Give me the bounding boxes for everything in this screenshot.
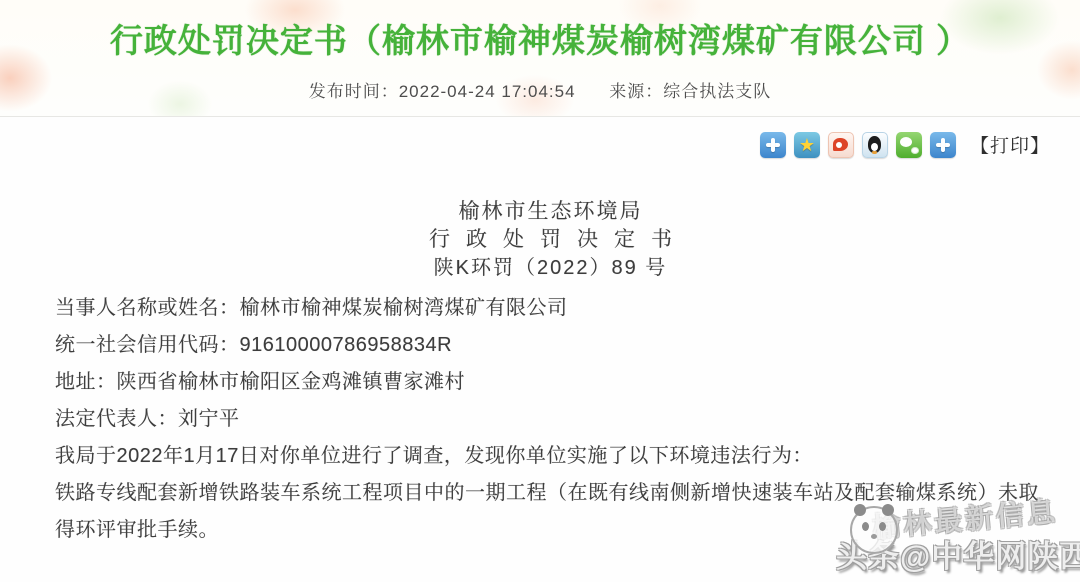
document-title: 行政处罚决定书 — [55, 226, 1046, 254]
document-number: 陕K环罚（2022）89 号 — [55, 254, 1046, 282]
publish-time: 发布时间：2022-04-24 17:04:54 — [309, 82, 576, 101]
violation-line: 铁路专线配套新增铁路装车系统工程项目中的一期工程（在既有线南侧新增快速装车站及配… — [55, 475, 1046, 549]
investigation-line: 我局于2022年1月17日对你单位进行了调查，发现你单位实施了以下环境违法行为： — [55, 438, 1046, 475]
plus-glyph — [935, 137, 951, 153]
page-title: 行政处罚决定书（榆林市榆神煤炭榆树湾煤矿有限公司 ） — [0, 0, 1080, 64]
page: 行政处罚决定书（榆林市榆神煤炭榆树湾煤矿有限公司 ） 发布时间：2022-04-… — [0, 0, 1080, 582]
article-meta: 发布时间：2022-04-24 17:04:54 来源：综合执法支队 — [0, 80, 1080, 104]
share-toolbar: ★ 【打印】 — [760, 131, 1050, 158]
chat-bubble-glyph-small — [911, 147, 919, 154]
source: 来源：综合执法支队 — [609, 82, 771, 101]
plus-glyph — [765, 137, 781, 153]
party-name-line: 当事人名称或姓名：榆林市榆神煤炭榆树湾煤矿有限公司 — [55, 290, 1046, 327]
penguin-glyph — [868, 136, 881, 153]
publish-time-label: 发布时间： — [309, 82, 399, 101]
publish-time-value: 2022-04-24 17:04:54 — [399, 82, 576, 101]
document-body: 榆林市生态环境局 行政处罚决定书 陕K环罚（2022）89 号 当事人名称或姓名… — [55, 198, 1046, 549]
legal-representative-line: 法定代表人：刘宁平 — [55, 401, 1046, 438]
article-header: 行政处罚决定书（榆林市榆神煤炭榆树湾煤矿有限公司 ） 发布时间：2022-04-… — [0, 0, 1080, 117]
share-plus-icon[interactable] — [760, 132, 786, 158]
print-button[interactable]: 【打印】 — [970, 131, 1050, 158]
qzone-icon[interactable]: ★ — [794, 132, 820, 158]
agency-name: 榆林市生态环境局 — [55, 198, 1046, 226]
star-glyph: ★ — [799, 136, 815, 154]
wechat-icon[interactable] — [896, 132, 922, 158]
chat-bubble-glyph — [900, 137, 912, 147]
source-label: 来源： — [609, 82, 663, 101]
more-share-icon[interactable] — [930, 132, 956, 158]
credit-code-line: 统一社会信用代码：91610000786958834R — [55, 327, 1046, 364]
address-line: 地址：陕西省榆林市榆阳区金鸡滩镇曹家滩村 — [55, 364, 1046, 401]
weibo-icon[interactable] — [828, 132, 854, 158]
source-value: 综合执法支队 — [663, 82, 771, 101]
weibo-eye-glyph — [833, 138, 848, 151]
qq-icon[interactable] — [862, 132, 888, 158]
